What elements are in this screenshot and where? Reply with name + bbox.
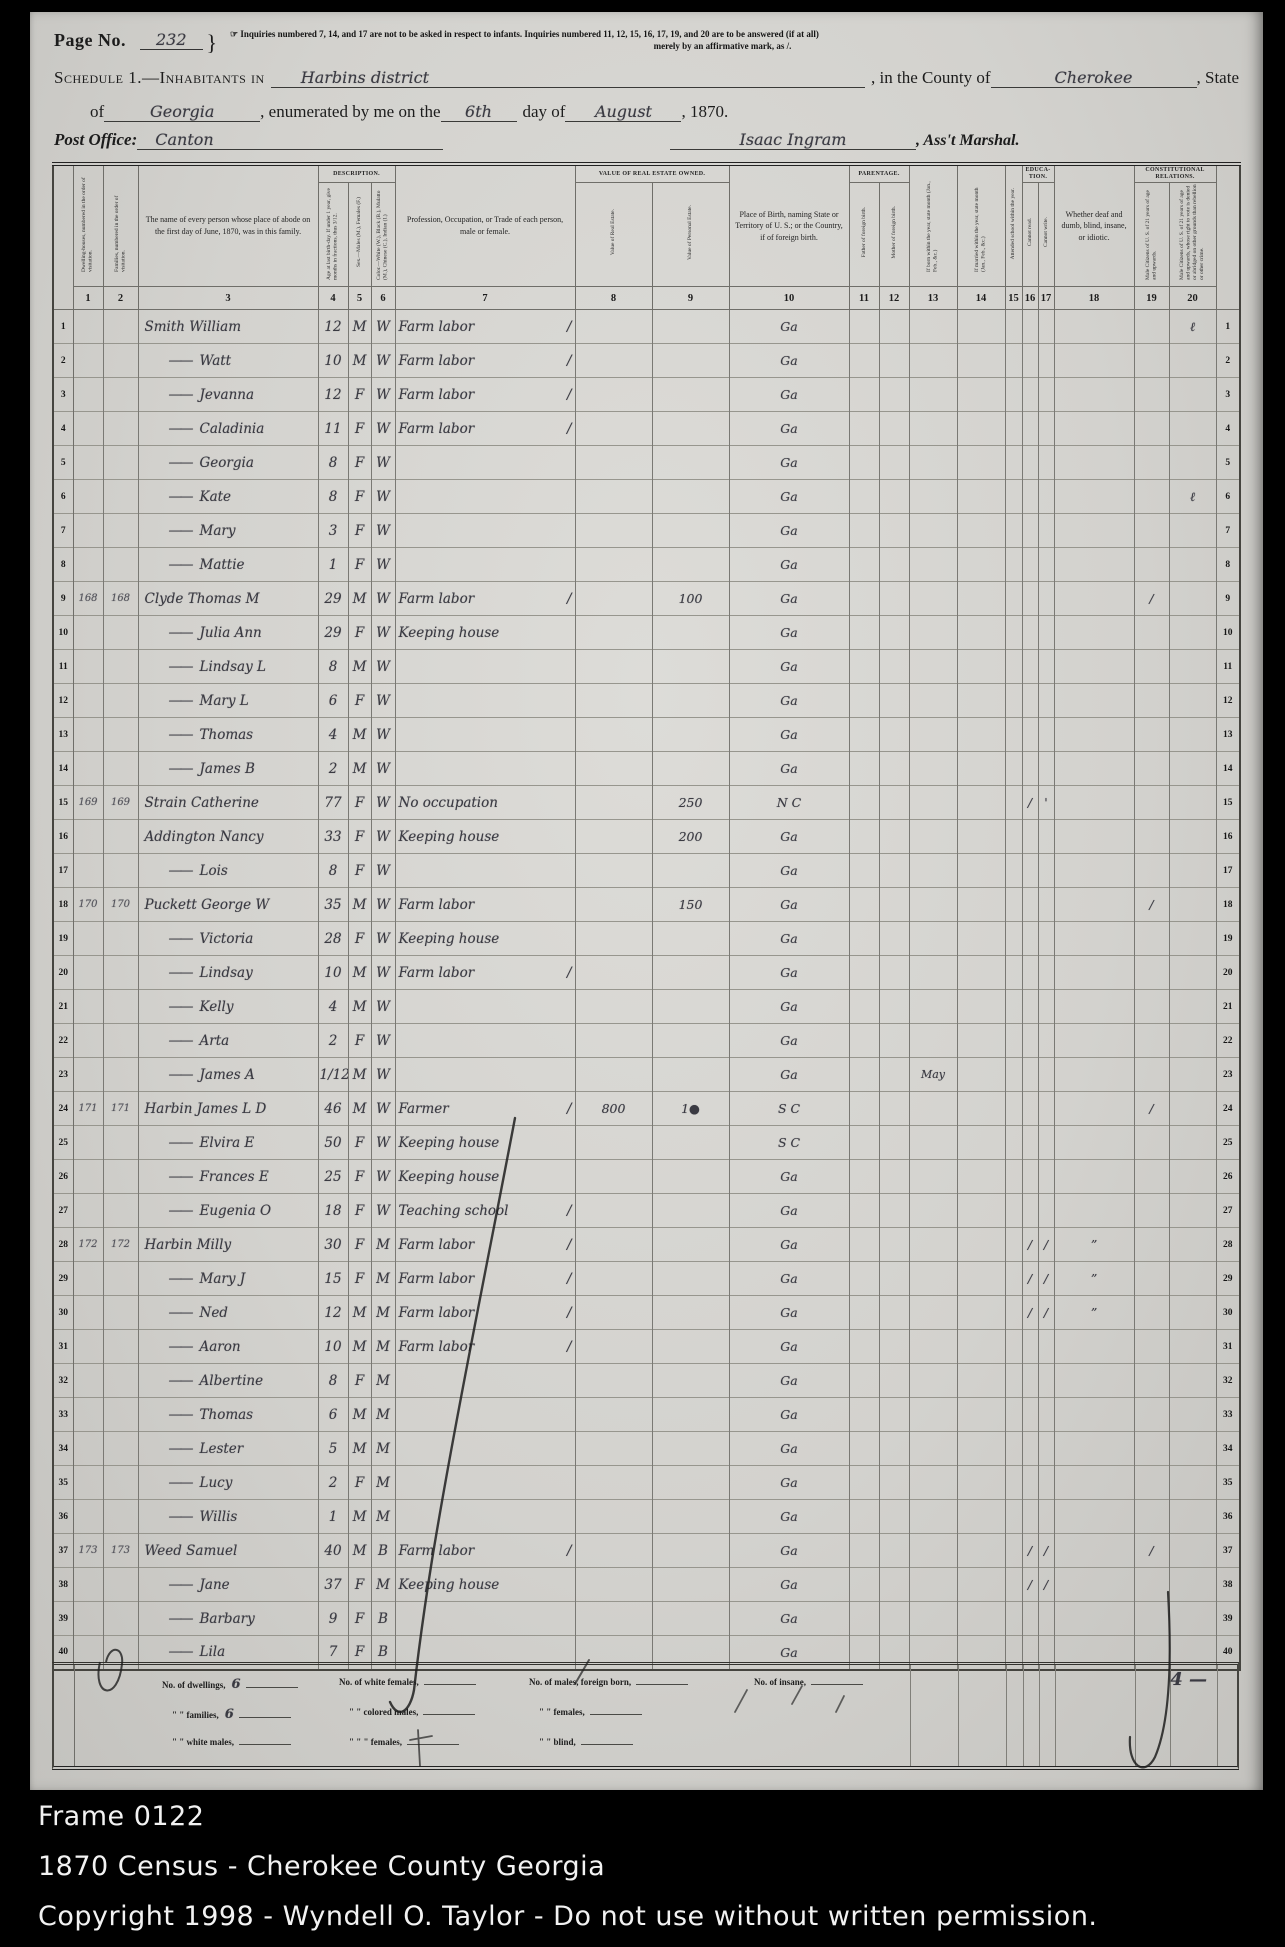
married-month-value xyxy=(957,888,1005,922)
personal-estate-value xyxy=(652,1500,729,1534)
birthplace-value: Ga xyxy=(729,378,849,412)
dwelling-number xyxy=(73,1364,103,1398)
attended-school-mark xyxy=(1005,1058,1022,1092)
married-month-value xyxy=(957,310,1005,344)
personal-estate-value xyxy=(652,1364,729,1398)
cannot-read-mark xyxy=(1022,378,1038,412)
occupation-cell xyxy=(395,514,575,548)
ditto-dash: —— xyxy=(169,1509,192,1525)
person-name-cell: ——Mattie xyxy=(138,548,318,582)
married-month-value xyxy=(957,1466,1005,1500)
col-header-real-estate: Value of Real Estate. xyxy=(575,183,652,287)
line-number-right: 35 xyxy=(1216,1466,1240,1500)
person-name-cell: ——Albertine xyxy=(138,1364,318,1398)
birthplace-value: Ga xyxy=(729,412,849,446)
sex-value: F xyxy=(348,1160,371,1194)
occupation-checkmark: / xyxy=(567,1271,572,1287)
disability-mark xyxy=(1054,1160,1134,1194)
color-value: W xyxy=(371,922,395,956)
disability-mark xyxy=(1054,1330,1134,1364)
sex-value: M xyxy=(348,1296,371,1330)
person-name-cell: ——Elvira E xyxy=(138,1126,318,1160)
person-name: Lucy xyxy=(200,1475,233,1491)
cannot-write-mark xyxy=(1038,1194,1054,1228)
personal-estate-value xyxy=(652,1534,729,1568)
line-number-right: 29 xyxy=(1216,1262,1240,1296)
real-estate-value xyxy=(575,548,652,582)
cannot-write-mark xyxy=(1038,1602,1054,1636)
ditto-dash: —— xyxy=(169,1033,192,1049)
citizen-mark xyxy=(1134,990,1169,1024)
of-label: of xyxy=(90,102,104,122)
occupation-value: Keeping house xyxy=(399,829,500,845)
color-value: M xyxy=(371,1466,395,1500)
married-month-value xyxy=(957,1126,1005,1160)
vote-denied-mark xyxy=(1169,446,1216,480)
cannot-read-mark xyxy=(1022,956,1038,990)
attended-school-mark xyxy=(1005,1024,1022,1058)
ditto-dash: —— xyxy=(169,1475,192,1491)
born-month-value xyxy=(909,1466,957,1500)
cannot-read-mark xyxy=(1022,616,1038,650)
line-number-left: 8 xyxy=(53,548,73,582)
married-month-value xyxy=(957,684,1005,718)
line-number-left: 26 xyxy=(53,1160,73,1194)
color-value: W xyxy=(371,1126,395,1160)
ditto-dash: —— xyxy=(169,455,192,471)
line-number-left: 23 xyxy=(53,1058,73,1092)
table-row: 20 ——Lindsay 10 M W Farm labor/ Ga xyxy=(53,956,1240,990)
cannot-write-mark xyxy=(1038,752,1054,786)
person-name: Smith William xyxy=(145,319,242,335)
person-name: Watt xyxy=(200,353,232,369)
mother-foreign-mark xyxy=(879,684,909,718)
mother-foreign-mark xyxy=(879,412,909,446)
personal-estate-value xyxy=(652,718,729,752)
tally-column-rule xyxy=(958,1665,959,1766)
vote-denied-mark xyxy=(1169,1228,1216,1262)
cannot-read-mark xyxy=(1022,922,1038,956)
vote-denied-mark xyxy=(1169,650,1216,684)
vote-denied-mark xyxy=(1169,1568,1216,1602)
ditto-dash: —— xyxy=(169,693,192,709)
dwelling-number xyxy=(73,378,103,412)
cannot-write-mark: / xyxy=(1038,1228,1054,1262)
vote-denied-mark xyxy=(1169,378,1216,412)
cannot-write-mark xyxy=(1038,1500,1054,1534)
real-estate-value xyxy=(575,378,652,412)
vote-denied-mark xyxy=(1169,888,1216,922)
color-value: W xyxy=(371,990,395,1024)
attended-school-mark xyxy=(1005,1500,1022,1534)
dwelling-number xyxy=(73,480,103,514)
mother-foreign-mark xyxy=(879,1262,909,1296)
citizen-mark xyxy=(1134,1024,1169,1058)
tally-blind-label: " " blind, xyxy=(539,1737,576,1747)
color-value: W xyxy=(371,1160,395,1194)
disability-mark xyxy=(1054,820,1134,854)
real-estate-value xyxy=(575,718,652,752)
color-value: W xyxy=(371,1092,395,1126)
cannot-write-mark xyxy=(1038,1092,1054,1126)
occupation-cell xyxy=(395,1024,575,1058)
tally-column-rule xyxy=(1023,1665,1024,1766)
citizen-mark xyxy=(1134,378,1169,412)
person-name: Puckett George W xyxy=(145,897,270,913)
table-row: 38 ——Jane 37 F M Keeping house Ga xyxy=(53,1568,1240,1602)
attended-school-mark xyxy=(1005,888,1022,922)
occupation-value: Farmer xyxy=(399,1101,449,1117)
cannot-write-mark xyxy=(1038,1364,1054,1398)
mother-foreign-mark xyxy=(879,1330,909,1364)
col-number: 15 xyxy=(1005,287,1022,310)
dwelling-number xyxy=(73,1160,103,1194)
married-month-value xyxy=(957,1364,1005,1398)
family-number xyxy=(103,922,138,956)
citizen-mark: / xyxy=(1134,1534,1169,1568)
person-name: Aaron xyxy=(200,1339,241,1355)
personal-estate-value: 100 xyxy=(652,582,729,616)
citizen-mark xyxy=(1134,1126,1169,1160)
dwelling-number xyxy=(73,1330,103,1364)
cannot-read-mark xyxy=(1022,888,1038,922)
col-number: 17 xyxy=(1038,287,1054,310)
line-number-left: 22 xyxy=(53,1024,73,1058)
family-number xyxy=(103,820,138,854)
attended-school-mark xyxy=(1005,446,1022,480)
ditto-dash: —— xyxy=(169,1577,192,1593)
father-foreign-mark xyxy=(849,922,879,956)
table-row: 6 ——Kate 8 F W Ga xyxy=(53,480,1240,514)
occupation-value: Farm labor xyxy=(399,319,475,335)
attended-school-mark xyxy=(1005,1092,1022,1126)
birthplace-value: Ga xyxy=(729,446,849,480)
married-month-value xyxy=(957,480,1005,514)
ditto-dash: —— xyxy=(169,523,192,539)
tally-families-value: 6 xyxy=(225,1707,234,1722)
state-value: Georgia xyxy=(104,102,260,122)
ditto-dash: —— xyxy=(169,421,192,437)
person-name: Mattie xyxy=(200,557,245,573)
line-number-left: 9 xyxy=(53,582,73,616)
dwelling-number: 170 xyxy=(73,888,103,922)
personal-estate-value xyxy=(652,1466,729,1500)
vote-denied-mark xyxy=(1169,718,1216,752)
age-value: 30 xyxy=(318,1228,348,1262)
dwelling-number xyxy=(73,446,103,480)
father-foreign-mark xyxy=(849,820,879,854)
dwelling-number xyxy=(73,1024,103,1058)
attended-school-mark xyxy=(1005,650,1022,684)
line-number-right: 12 xyxy=(1216,684,1240,718)
vote-denied-mark xyxy=(1169,786,1216,820)
real-estate-value xyxy=(575,1568,652,1602)
family-number xyxy=(103,854,138,888)
mother-foreign-mark xyxy=(879,344,909,378)
father-foreign-mark xyxy=(849,1364,879,1398)
table-row: 27 ——Eugenia O 18 F W Teaching school/ G… xyxy=(53,1194,1240,1228)
birthplace-value: Ga xyxy=(729,1194,849,1228)
person-name-cell: ——Thomas xyxy=(138,718,318,752)
attended-school-mark xyxy=(1005,684,1022,718)
occupation-cell: Farm labor/ xyxy=(395,344,575,378)
sex-value: F xyxy=(348,1194,371,1228)
disability-mark xyxy=(1054,1432,1134,1466)
tally-fill-line xyxy=(636,1684,688,1685)
age-value: 1 xyxy=(318,1500,348,1534)
cannot-write-mark xyxy=(1038,548,1054,582)
sex-value: F xyxy=(348,1364,371,1398)
sex-value: M xyxy=(348,956,371,990)
dwelling-number xyxy=(73,1432,103,1466)
born-month-value xyxy=(909,820,957,854)
birthplace-value: Ga xyxy=(729,548,849,582)
father-foreign-mark xyxy=(849,412,879,446)
dwelling-number xyxy=(73,650,103,684)
cannot-read-mark xyxy=(1022,1160,1038,1194)
born-month-value xyxy=(909,1568,957,1602)
vote-denied-mark xyxy=(1169,1398,1216,1432)
disability-mark: ” xyxy=(1054,1262,1134,1296)
occupation-cell: Farm labor/ xyxy=(395,310,575,344)
color-value: M xyxy=(371,1228,395,1262)
page-no-value: 232 xyxy=(140,30,203,50)
occupation-value: Farm labor xyxy=(399,1305,475,1321)
disability-mark xyxy=(1054,1398,1134,1432)
sex-value: F xyxy=(348,1602,371,1636)
county-value: Cherokee xyxy=(991,68,1197,88)
personal-estate-value xyxy=(652,1024,729,1058)
married-month-value xyxy=(957,1058,1005,1092)
citizen-mark xyxy=(1134,1568,1169,1602)
birthplace-value: Ga xyxy=(729,1364,849,1398)
line-number-right: 17 xyxy=(1216,854,1240,888)
mother-foreign-mark xyxy=(879,1466,909,1500)
cannot-write-mark xyxy=(1038,1058,1054,1092)
line-number-left: 21 xyxy=(53,990,73,1024)
disability-mark xyxy=(1054,1024,1134,1058)
father-foreign-mark xyxy=(849,1602,879,1636)
family-number xyxy=(103,1194,138,1228)
cannot-write-mark xyxy=(1038,616,1054,650)
father-foreign-mark xyxy=(849,1092,879,1126)
col-number: 2 xyxy=(103,287,138,310)
color-value: W xyxy=(371,1024,395,1058)
dwelling-number: 171 xyxy=(73,1092,103,1126)
family-number xyxy=(103,1160,138,1194)
month-value: August xyxy=(565,102,681,122)
county-label: , in the County of xyxy=(871,68,990,88)
personal-estate-value: 250 xyxy=(652,786,729,820)
person-name-cell: ——Mary L xyxy=(138,684,318,718)
mother-foreign-mark xyxy=(879,1228,909,1262)
color-value: M xyxy=(371,1568,395,1602)
cannot-read-mark xyxy=(1022,548,1038,582)
cannot-read-mark xyxy=(1022,650,1038,684)
line-number-right: 8 xyxy=(1216,548,1240,582)
tally-dwellings-label: No. of dwellings, xyxy=(162,1680,226,1690)
person-name-cell: ——Frances E xyxy=(138,1160,318,1194)
color-value: W xyxy=(371,888,395,922)
disability-mark xyxy=(1054,1364,1134,1398)
person-name: Jevanna xyxy=(200,387,255,403)
dwelling-number xyxy=(73,548,103,582)
citizen-mark xyxy=(1134,1296,1169,1330)
table-row: 31 ——Aaron 10 M M Farm labor/ Ga xyxy=(53,1330,1240,1364)
caption-frame: Frame 0122 xyxy=(38,1792,1098,1842)
occupation-value: Farm labor xyxy=(399,387,475,403)
col-header-name: The name of every person whose place of … xyxy=(138,164,318,287)
citizen-mark xyxy=(1134,412,1169,446)
occupation-value: Farm labor xyxy=(399,1339,475,1355)
father-foreign-mark xyxy=(849,1466,879,1500)
real-estate-value xyxy=(575,956,652,990)
group-header-constitutional: Constitutional Relations. xyxy=(1134,164,1216,183)
family-number xyxy=(103,1262,138,1296)
cannot-read-mark xyxy=(1022,1500,1038,1534)
tally-white-males-label: " " white males, xyxy=(172,1737,234,1747)
color-value: W xyxy=(371,548,395,582)
person-name-cell: Addington Nancy xyxy=(138,820,318,854)
occupation-cell xyxy=(395,1500,575,1534)
ditto-dash: —— xyxy=(169,1067,192,1083)
mother-foreign-mark xyxy=(879,1398,909,1432)
color-value: M xyxy=(371,1262,395,1296)
father-foreign-mark xyxy=(849,684,879,718)
family-number xyxy=(103,684,138,718)
line-number-left: 20 xyxy=(53,956,73,990)
attended-school-mark xyxy=(1005,990,1022,1024)
cannot-write-mark: ' xyxy=(1038,786,1054,820)
ditto-dash: —— xyxy=(169,1135,192,1151)
cannot-read-mark xyxy=(1022,1024,1038,1058)
cannot-write-mark xyxy=(1038,718,1054,752)
person-name: Kelly xyxy=(200,999,234,1015)
sex-value: F xyxy=(348,820,371,854)
occupation-cell xyxy=(395,854,575,888)
occupation-cell xyxy=(395,1058,575,1092)
occupation-cell: Farm labor/ xyxy=(395,1534,575,1568)
personal-estate-value xyxy=(652,854,729,888)
married-month-value xyxy=(957,922,1005,956)
dwelling-number xyxy=(73,1126,103,1160)
born-month-value xyxy=(909,1364,957,1398)
sex-value: M xyxy=(348,990,371,1024)
mother-foreign-mark xyxy=(879,1568,909,1602)
vote-denied-mark xyxy=(1169,922,1216,956)
tally-white-females-label: No. of white females, xyxy=(339,1677,419,1687)
tally-column-rule xyxy=(1217,1665,1218,1766)
cannot-read-mark xyxy=(1022,820,1038,854)
disability-mark xyxy=(1054,1534,1134,1568)
table-row: 14 ——James B 2 M W Ga xyxy=(53,752,1240,786)
family-number xyxy=(103,378,138,412)
occupation-checkmark: / xyxy=(567,1237,572,1253)
family-number xyxy=(103,1602,138,1636)
cannot-write-mark xyxy=(1038,378,1054,412)
line-number-right: 11 xyxy=(1216,650,1240,684)
disability-mark xyxy=(1054,1500,1134,1534)
table-row: 3 ——Jevanna 12 F W Farm labor/ Ga xyxy=(53,378,1240,412)
mother-foreign-mark xyxy=(879,480,909,514)
age-value: 25 xyxy=(318,1160,348,1194)
family-number xyxy=(103,344,138,378)
vote-denied-mark xyxy=(1169,1296,1216,1330)
birthplace-value: S C xyxy=(729,1126,849,1160)
sex-value: F xyxy=(348,922,371,956)
occupation-cell: Keeping house xyxy=(395,820,575,854)
age-value: 10 xyxy=(318,344,348,378)
line-number-right: 16 xyxy=(1216,820,1240,854)
married-month-value xyxy=(957,1262,1005,1296)
occupation-cell: Farm labor/ xyxy=(395,412,575,446)
line-number-left: 13 xyxy=(53,718,73,752)
disability-mark xyxy=(1054,310,1134,344)
birthplace-value: Ga xyxy=(729,718,849,752)
personal-estate-value xyxy=(652,650,729,684)
citizen-mark xyxy=(1134,1058,1169,1092)
table-row: 5 ——Georgia 8 F W Ga xyxy=(53,446,1240,480)
real-estate-value xyxy=(575,582,652,616)
cannot-read-mark xyxy=(1022,1466,1038,1500)
occupation-checkmark: / xyxy=(567,1339,572,1355)
disability-mark xyxy=(1054,888,1134,922)
line-number-right: 37 xyxy=(1216,1534,1240,1568)
line-number-right: 6 xyxy=(1216,480,1240,514)
vote-denied-mark xyxy=(1169,616,1216,650)
age-value: 29 xyxy=(318,616,348,650)
census-page-scan: Page No. 232 } ☞ Inquiries numbered 7, 1… xyxy=(30,12,1263,1790)
color-value: M xyxy=(371,1398,395,1432)
color-value: W xyxy=(371,1194,395,1228)
disability-mark xyxy=(1054,956,1134,990)
family-number xyxy=(103,1364,138,1398)
col-number: 3 xyxy=(138,287,318,310)
table-row: 13 ——Thomas 4 M W Ga xyxy=(53,718,1240,752)
born-month-value xyxy=(909,990,957,1024)
district-value: Harbins district xyxy=(271,68,865,88)
born-month-value xyxy=(909,854,957,888)
line-number-header-right xyxy=(1216,164,1240,310)
family-number xyxy=(103,1568,138,1602)
attended-school-mark xyxy=(1005,412,1022,446)
age-value: 12 xyxy=(318,378,348,412)
married-month-value xyxy=(957,378,1005,412)
born-month-value xyxy=(909,1534,957,1568)
age-value: 5 xyxy=(318,1432,348,1466)
father-foreign-mark xyxy=(849,1194,879,1228)
sex-value: M xyxy=(348,582,371,616)
color-value: W xyxy=(371,446,395,480)
person-name-cell: ——Lester xyxy=(138,1432,318,1466)
post-office-label: Post Office: xyxy=(54,130,137,150)
dwelling-number xyxy=(73,1296,103,1330)
occupation-cell: Keeping house xyxy=(395,1160,575,1194)
line-number-left: 33 xyxy=(53,1398,73,1432)
state-suffix: , State xyxy=(1197,68,1240,88)
born-month-value xyxy=(909,956,957,990)
father-foreign-mark xyxy=(849,446,879,480)
cannot-read-mark xyxy=(1022,480,1038,514)
age-value: 29 xyxy=(318,582,348,616)
table-row: 8 ——Mattie 1 F W Ga xyxy=(53,548,1240,582)
line-number-left: 15 xyxy=(53,786,73,820)
person-name: Mary xyxy=(200,523,236,539)
table-row: 35 ——Lucy 2 F M Ga xyxy=(53,1466,1240,1500)
disability-mark xyxy=(1054,514,1134,548)
born-month-value xyxy=(909,1432,957,1466)
line-number-right: 2 xyxy=(1216,344,1240,378)
